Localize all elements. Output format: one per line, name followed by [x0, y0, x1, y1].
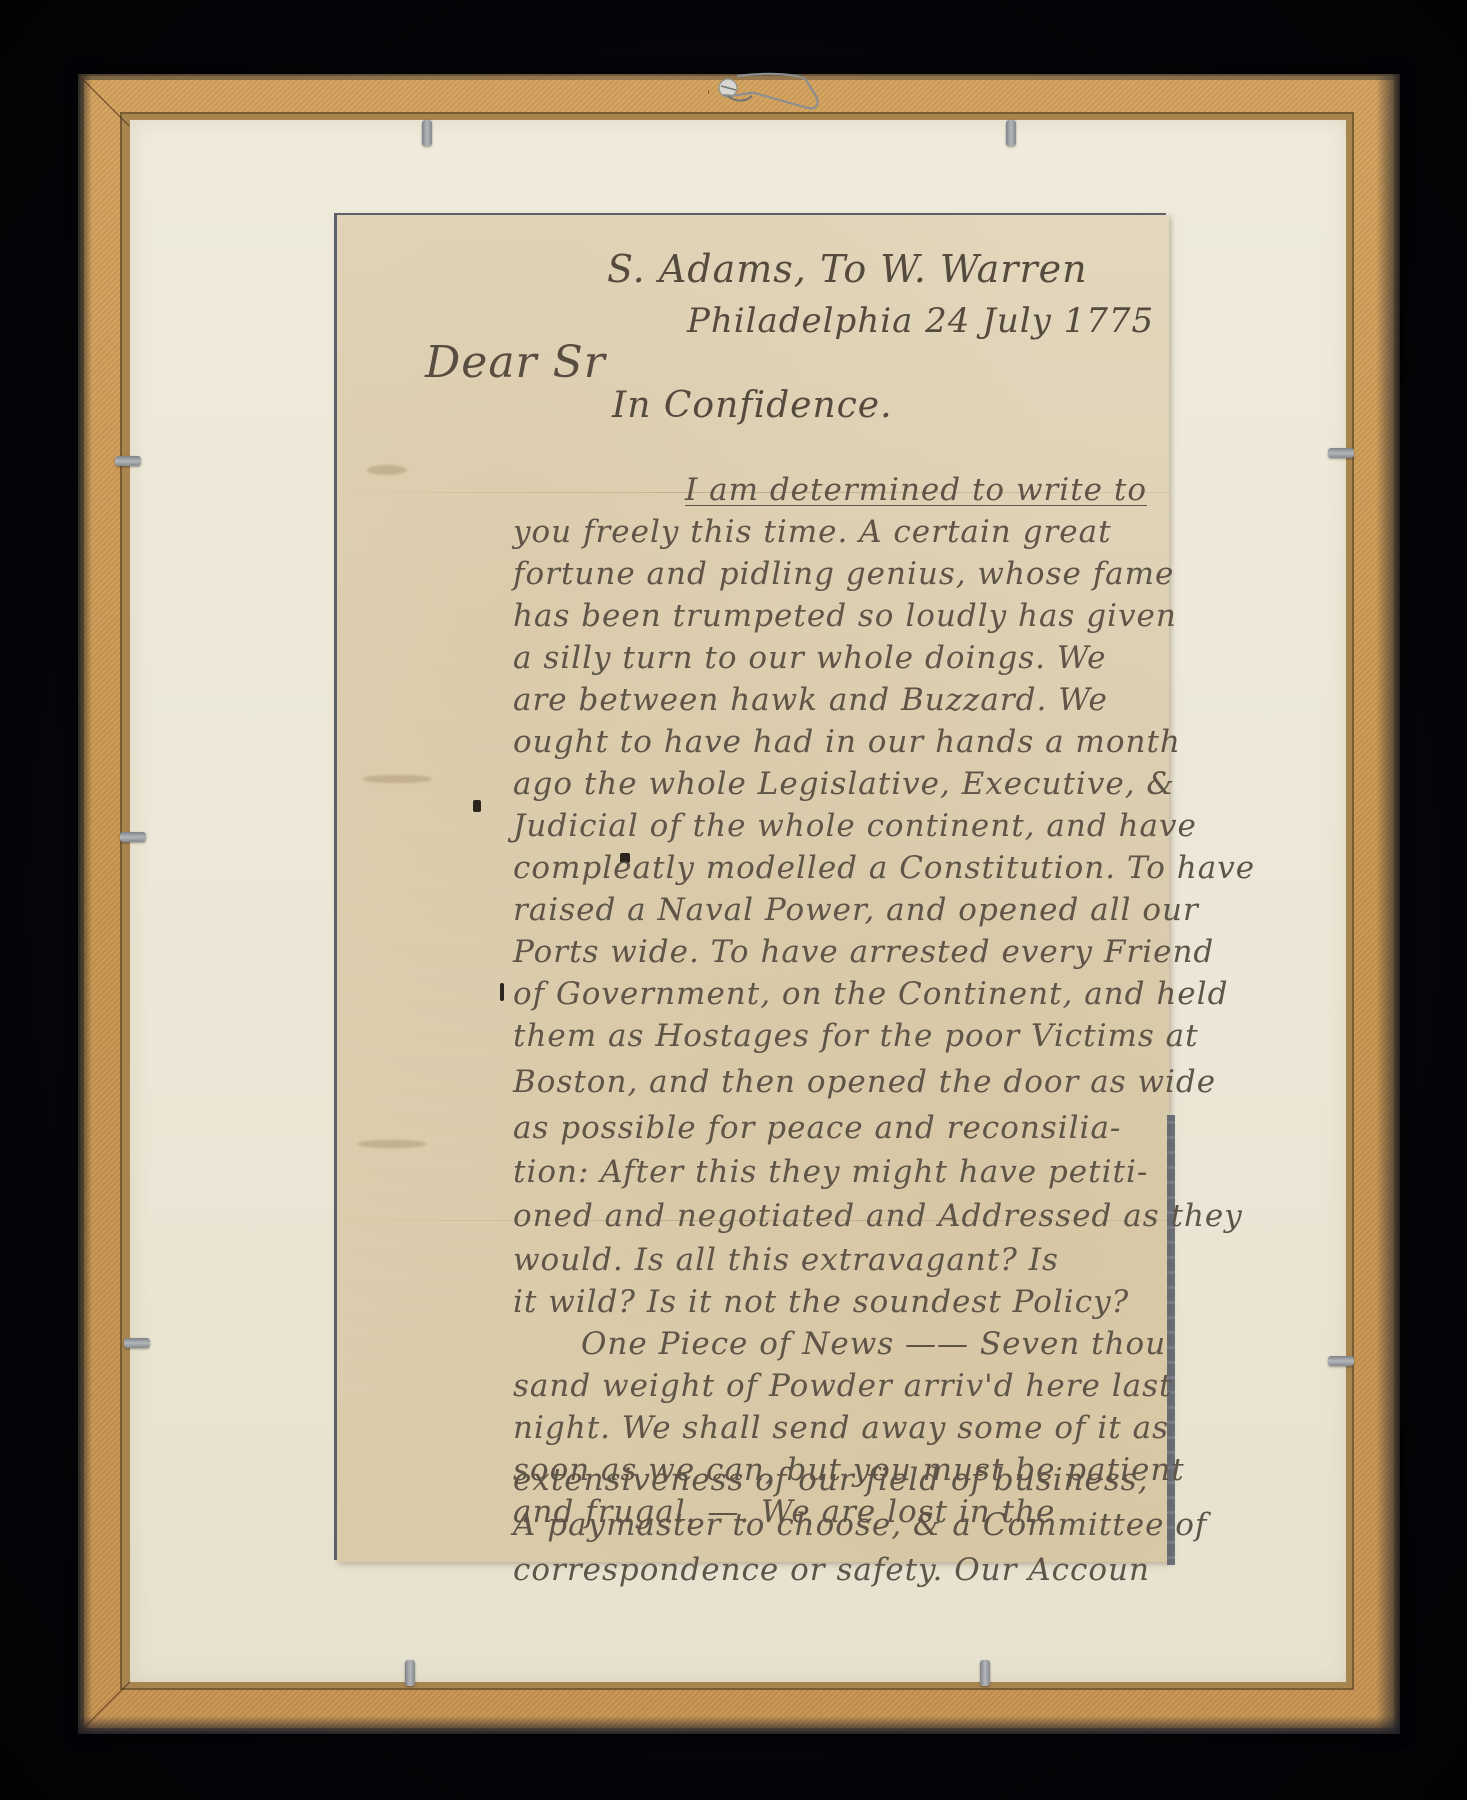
- letter-place-date: Philadelphia 24 July 1775: [687, 301, 1154, 341]
- letter-line: One Piece of News —— Seven thou: [581, 1329, 1166, 1360]
- letter-line: you freely this time. A certain great: [513, 517, 1112, 548]
- letter-line: extensiveness of our field of business,: [513, 1465, 1149, 1496]
- paper-stain: [362, 775, 432, 783]
- clip-left-middle-icon: [120, 832, 146, 842]
- letter-line: Ports wide. To have arrested every Frien…: [513, 937, 1214, 968]
- paper-torn-edge: [1167, 1115, 1175, 1565]
- frame-worn-edge-right: [1376, 74, 1400, 1734]
- letter-salutation: Dear Sr: [425, 337, 606, 388]
- clip-left-upper-icon: [115, 456, 141, 466]
- letter-line: A paymaster to choose, & a Committee of: [513, 1510, 1207, 1541]
- letter-line: would. Is all this extravagant? Is: [513, 1245, 1059, 1276]
- frame-worn-edge-bottom: [78, 1716, 1400, 1734]
- letter-confidence-note: In Confidence.: [612, 385, 893, 426]
- clip-right-lower-icon: [1328, 1356, 1354, 1366]
- letter-line: them as Hostages for the poor Victims at: [513, 1021, 1199, 1052]
- letter-line: ago the whole Legislative, Executive, &: [513, 769, 1175, 800]
- frame-worn-edge-left: [78, 74, 92, 1734]
- letter-page: S. Adams, To W. Warren Philadelphia 24 J…: [337, 215, 1169, 1562]
- letter-line: Judicial of the whole continent, and hav…: [513, 811, 1197, 842]
- paper-stain: [367, 465, 407, 475]
- letter-line: raised a Naval Power, and opened all our: [513, 895, 1199, 926]
- letter-line: I am determined to write to: [685, 475, 1147, 506]
- letter-line: compleatly modelled a Constitution. To h…: [513, 853, 1255, 884]
- frame-miter-top-left: [79, 76, 129, 126]
- letter-line: sand weight of Powder arriv'd here last: [513, 1371, 1172, 1402]
- frame-miter-bottom-left: [80, 1682, 130, 1732]
- ink-blot: [500, 983, 504, 1001]
- clip-bottom-left-icon: [405, 1660, 415, 1686]
- letter-heading: S. Adams, To W. Warren: [607, 247, 1088, 291]
- letter-line: fortune and pidling genius, whose fame: [513, 559, 1174, 590]
- letter-line: it wild? Is it not the soundest Policy?: [513, 1287, 1129, 1318]
- letter-line: Boston, and then opened the door as wide: [513, 1067, 1216, 1098]
- clip-left-lower-icon: [124, 1338, 150, 1348]
- wire-hanger-icon: [708, 70, 828, 114]
- letter-line: a silly turn to our whole doings. We: [513, 643, 1107, 674]
- letter-line: of Government, on the Continent, and hel…: [513, 979, 1228, 1010]
- letter-line: has been trumpeted so loudly has given: [513, 601, 1177, 632]
- letter-line: oned and negotiated and Addressed as the…: [513, 1201, 1243, 1232]
- paper-stain: [357, 1140, 427, 1148]
- letter-line: tion: After this they might have petiti-: [513, 1157, 1148, 1188]
- letter-line: as possible for peace and reconsilia-: [513, 1113, 1121, 1144]
- photo-stage: S. Adams, To W. Warren Philadelphia 24 J…: [0, 0, 1467, 1800]
- clip-top-left-icon: [422, 120, 432, 146]
- clip-right-upper-icon: [1328, 448, 1354, 458]
- letter-line: correspondence or safety. Our Accoun: [513, 1555, 1150, 1586]
- clip-top-right-icon: [1006, 120, 1016, 146]
- letter-line: night. We shall send away some of it as: [513, 1413, 1169, 1444]
- ink-blot: [473, 800, 481, 812]
- letter-line: are between hawk and Buzzard. We: [513, 685, 1108, 716]
- letter-line: ought to have had in our hands a month: [513, 727, 1181, 758]
- clip-bottom-right-icon: [980, 1660, 990, 1686]
